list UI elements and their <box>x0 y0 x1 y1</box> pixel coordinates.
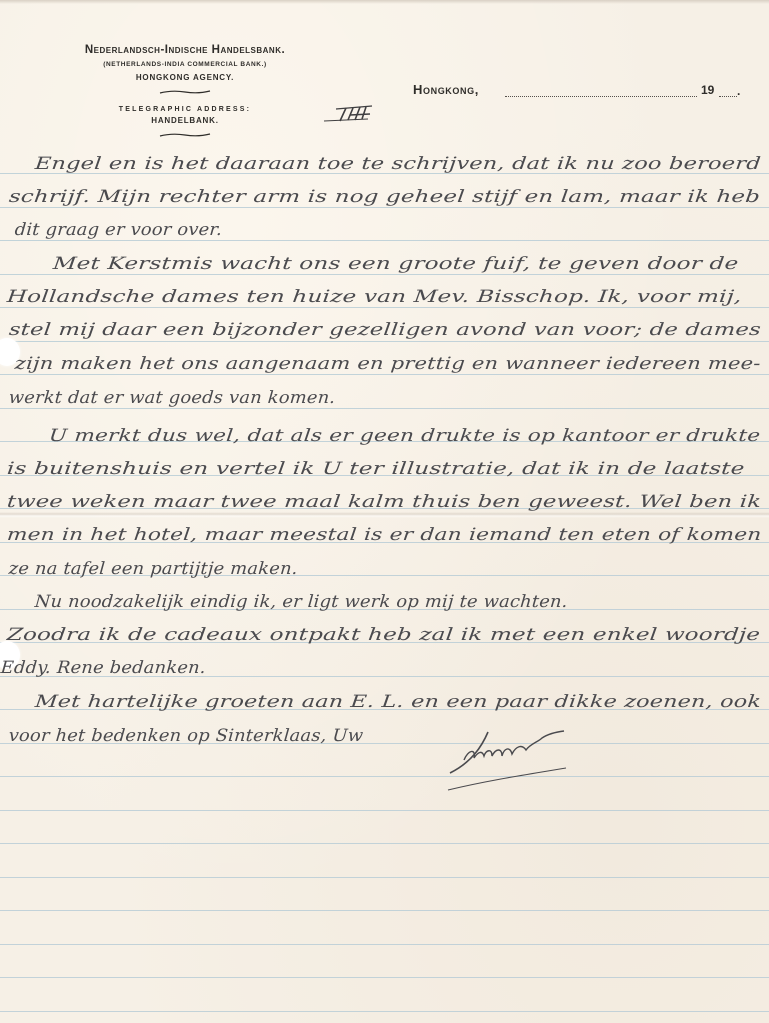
handwritten-letter-body: Engel en is het daaraan toe te schrijven… <box>0 0 769 1023</box>
handwritten-line: U merkt dus wel, dat als er geen drukte … <box>48 426 761 446</box>
handwritten-line: Hollandsche dames ten huize van Mev. Bis… <box>6 287 743 307</box>
handwritten-line: men in het hotel, maar meestal is er dan… <box>6 525 762 545</box>
handwritten-line: Met Kerstmis wacht ons een groote fuif, … <box>52 254 739 274</box>
handwritten-line: werkt dat er wat goeds van komen. <box>8 388 336 408</box>
handwritten-line: twee weken maar twee maal kalm thuis ben… <box>6 492 762 512</box>
handwritten-line: Eddy. Rene bedanken. <box>0 658 206 678</box>
handwritten-line: Zoodra ik de cadeaux ontpakt heb zal ik … <box>6 625 761 645</box>
handwritten-line: is buitenshuis en vertel ik U ter illust… <box>6 459 746 479</box>
handwritten-line: Nu noodzakelijk eindig ik, er ligt werk … <box>34 592 568 612</box>
handwritten-line: voor het bedenken op Sinterklaas, Uw <box>8 726 364 746</box>
handwritten-line: stel mij daar een bijzonder gezelligen a… <box>8 320 762 340</box>
handwritten-line: ze na tafel een partijtje maken. <box>8 559 298 579</box>
signature-icon <box>430 728 580 793</box>
handwritten-line: schrijf. Mijn rechter arm is nog geheel … <box>8 187 761 207</box>
handwritten-line: Met hartelijke groeten aan E. L. en een … <box>34 692 762 712</box>
handwritten-line: dit graag er voor over. <box>14 220 223 240</box>
letter-page: Nederlandsch-Indische Handelsbank. (NETH… <box>0 0 769 1023</box>
handwritten-line: Engel en is het daaraan toe te schrijven… <box>34 154 762 174</box>
handwritten-line: zijn maken het ons aangenaam en prettig … <box>14 354 761 374</box>
